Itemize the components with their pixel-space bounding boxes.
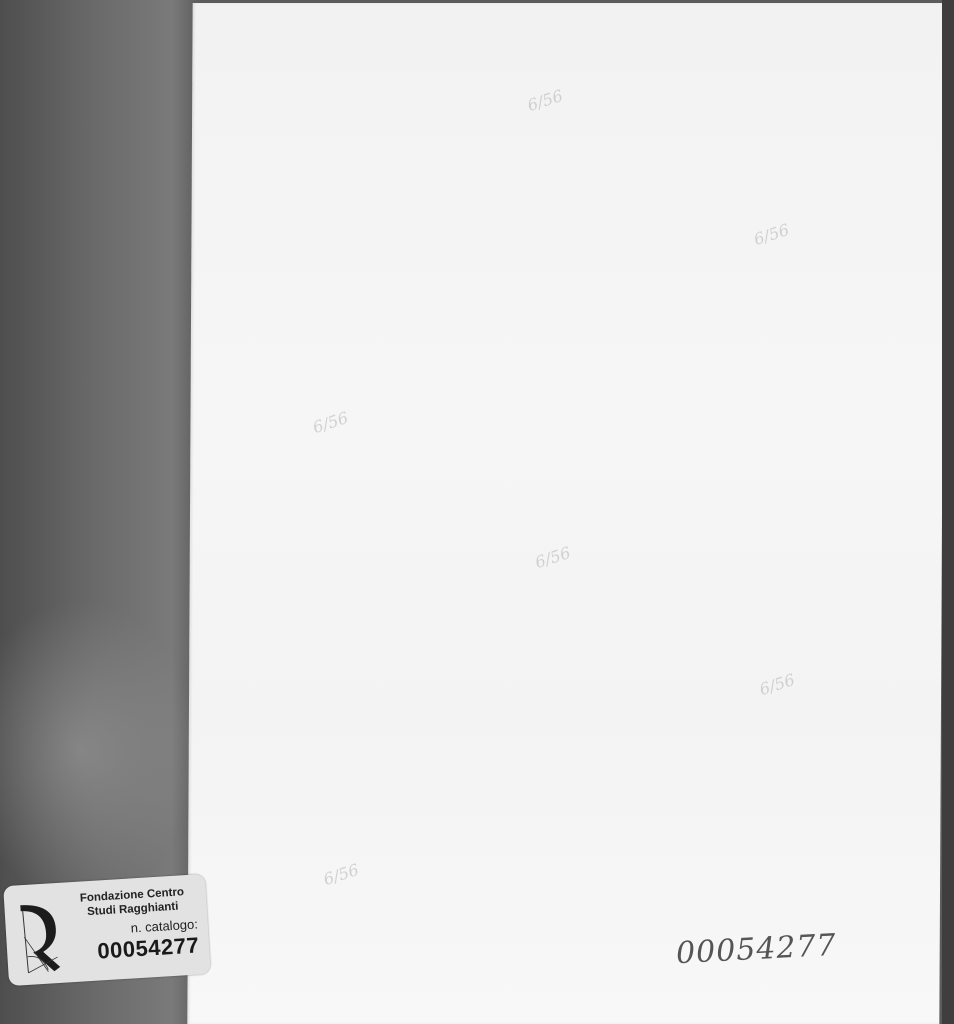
faint-stamp: 6/56 xyxy=(321,860,361,889)
label-organization: Fondazione Centro Studi Ragghianti xyxy=(66,884,199,920)
faint-stamp: 6/56 xyxy=(525,86,565,115)
faint-stamp: 6/56 xyxy=(310,408,350,437)
catalog-label: Fondazione Centro Studi Ragghianti n. ca… xyxy=(3,874,211,986)
faint-stamp: 6/56 xyxy=(751,220,791,249)
faint-stamp: 6/56 xyxy=(533,543,573,572)
ragghianti-logo-icon xyxy=(14,895,65,978)
faint-stamp: 6/56 xyxy=(757,670,797,699)
scanner-glow xyxy=(0,600,200,900)
label-catalog-number: 00054277 xyxy=(97,932,200,964)
photograph-verso: 6/56 6/56 6/56 6/56 6/56 6/56 xyxy=(187,3,944,1024)
scanner-edge xyxy=(942,0,954,1024)
